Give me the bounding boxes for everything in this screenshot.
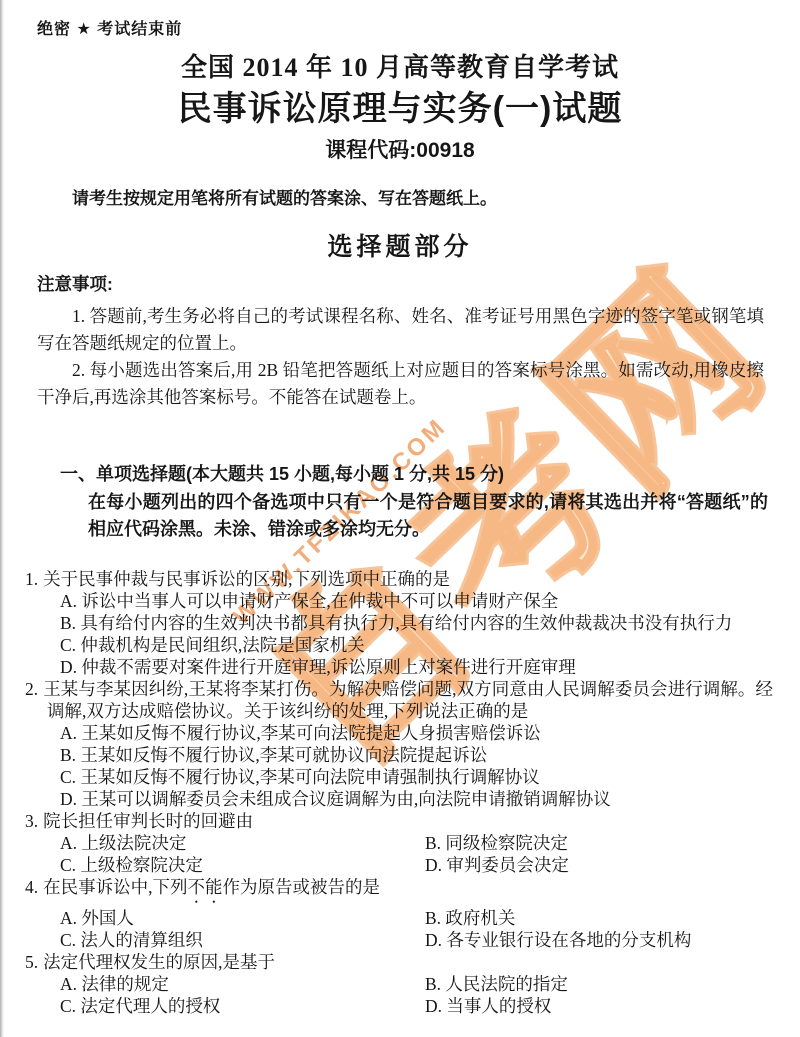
option-a: A. 王某如反悔不履行协议,李某可向法院提起人身损害赔偿诉讼 — [25, 722, 773, 744]
question-stem-text: 法定代理权发生的原因,是基于 — [43, 952, 275, 972]
option-b: B. 政府机关 — [425, 907, 773, 929]
question-number: 3. — [25, 811, 38, 831]
option-row: A. 法律的规定 B. 人民法院的指定 — [25, 973, 773, 995]
option-row: A. 外国人 B. 政府机关 — [25, 907, 773, 929]
question-5: 5.法定代理权发生的原因,是基于 A. 法律的规定 B. 人民法院的指定 C. … — [25, 951, 773, 1017]
question-stem: 4.在民事诉讼中,下列不能作为原告或被告的是 — [25, 876, 773, 907]
option-b: B. 王某如反悔不履行协议,李某可就协议向法院提起诉讼 — [25, 744, 773, 766]
secrecy-label: 绝密 ★ 考试结束前 — [37, 16, 182, 39]
question-stem-text: 作为原告或被告的是 — [223, 877, 381, 897]
option-d: D. 仲裁不需要对案件进行开庭审理,诉讼原则上对案件进行开庭审理 — [25, 656, 773, 678]
notice-heading: 注意事项: — [37, 271, 764, 303]
part-heading: 选择题部分 — [0, 227, 800, 263]
question-list: 1.关于民事仲裁与民事诉讼的区别,下列选项中正确的是 A. 诉讼中当事人可以申请… — [25, 568, 773, 1017]
option-c: C. 法定代理人的授权 — [25, 995, 425, 1017]
option-b: B. 具有给付内容的生效判决书都具有执行力,具有给付内容的生效仲裁裁决书没有执行… — [25, 612, 773, 634]
option-row: A. 上级法院决定 B. 同级检察院决定 — [25, 832, 773, 854]
question-2: 2.王某与李某因纠纷,王某将李某打伤。为解决赔偿问题,双方同意由人民调解委员会进… — [25, 678, 773, 810]
option-a: A. 法律的规定 — [25, 973, 425, 995]
section-one-header: 一、单项选择题(本大题共 15 小题,每小题 1 分,共 15 分) 在每小题列… — [60, 461, 768, 544]
option-c: C. 王某如反悔不履行协议,李某可向法院申请强制执行调解协议 — [25, 766, 773, 788]
option-c: C. 上级检察院决定 — [25, 854, 425, 876]
question-stem: 5.法定代理权发生的原因,是基于 — [25, 951, 773, 973]
section-one-heading: 一、单项选择题(本大题共 15 小题,每小题 1 分,共 15 分) — [60, 461, 768, 489]
option-d: D. 王某可以调解委员会未组成合议庭调解为由,向法院申请撤销调解协议 — [25, 788, 773, 810]
option-b: B. 同级检察院决定 — [425, 832, 773, 854]
option-d: D. 各专业银行设在各地的分支机构 — [425, 929, 773, 951]
exam-title: 全国 2014 年 10 月高等教育自学考试 — [0, 47, 800, 84]
question-stem: 1.关于民事仲裁与民事诉讼的区别,下列选项中正确的是 — [25, 568, 773, 590]
option-a: A. 诉讼中当事人可以申请财产保全,在仲裁中不可以申请财产保全 — [25, 590, 773, 612]
question-3: 3.院长担任审判长时的回避由 A. 上级法院决定 B. 同级检察院决定 C. 上… — [25, 810, 773, 876]
exam-paper-page: WWW.TFZIKAO.COM 自考网 绝密 ★ 考试结束前 全国 2014 年… — [0, 0, 800, 1037]
course-code: 课程代码:00918 — [0, 134, 800, 164]
section-one-subheading: 在每小题列出的四个备选项中只有一个是符合题目要求的,请将其选出并将“答题纸”的相… — [88, 489, 768, 544]
question-stem-text: 院长担任审判长时的回避由 — [43, 811, 253, 831]
option-d: D. 当事人的授权 — [425, 995, 773, 1017]
question-stem-text: 关于民事仲裁与民事诉讼的区别,下列选项中正确的是 — [43, 569, 450, 589]
option-row: C. 上级检察院决定 D. 审判委员会决定 — [25, 854, 773, 876]
option-d: D. 审判委员会决定 — [425, 854, 773, 876]
option-c: C. 仲裁机构是民间组织,法院是国家机关 — [25, 634, 773, 656]
answer-instruction: 请考生按规定用笔将所有试题的答案涂、写在答题纸上。 — [72, 184, 497, 209]
subject-title: 民事诉讼原理与实务(一)试题 — [0, 81, 800, 130]
option-a: A. 上级法院决定 — [25, 832, 425, 854]
question-number: 5. — [25, 952, 38, 972]
question-number: 2. — [25, 679, 38, 699]
question-stem: 2.王某与李某因纠纷,王某将李某打伤。为解决赔偿问题,双方同意由人民调解委员会进… — [25, 678, 773, 722]
page-content: 绝密 ★ 考试结束前 全国 2014 年 10 月高等教育自学考试 民事诉讼原理… — [0, 0, 800, 1037]
emphasized-text: 不能 — [188, 877, 223, 897]
question-number: 1. — [25, 569, 38, 589]
option-a: A. 外国人 — [25, 907, 425, 929]
question-stem-text: 在民事诉讼中,下列 — [43, 877, 187, 897]
option-row: C. 法定代理人的授权 D. 当事人的授权 — [25, 995, 773, 1017]
option-c: C. 法人的清算组织 — [25, 929, 425, 951]
question-1: 1.关于民事仲裁与民事诉讼的区别,下列选项中正确的是 A. 诉讼中当事人可以申请… — [25, 568, 773, 678]
question-4: 4.在民事诉讼中,下列不能作为原告或被告的是 A. 外国人 B. 政府机关 C.… — [25, 876, 773, 951]
notice-section: 注意事项: 1. 答题前,考生务必将自己的考试课程名称、姓名、准考证号用黑色字迹… — [37, 271, 764, 411]
question-number: 4. — [25, 877, 38, 897]
notice-item-2: 2. 每小题选出答案后,用 2B 铅笔把答题纸上对应题目的答案标号涂黑。如需改动… — [37, 357, 764, 411]
notice-item-1: 1. 答题前,考生务必将自己的考试课程名称、姓名、准考证号用黑色字迹的签字笔或钢… — [37, 303, 764, 357]
question-stem-text: 王某与李某因纠纷,王某将李某打伤。为解决赔偿问题,双方同意由人民调解委员会进行调… — [43, 679, 773, 721]
question-stem: 3.院长担任审判长时的回避由 — [25, 810, 773, 832]
option-b: B. 人民法院的指定 — [425, 973, 773, 995]
option-row: C. 法人的清算组织 D. 各专业银行设在各地的分支机构 — [25, 929, 773, 951]
